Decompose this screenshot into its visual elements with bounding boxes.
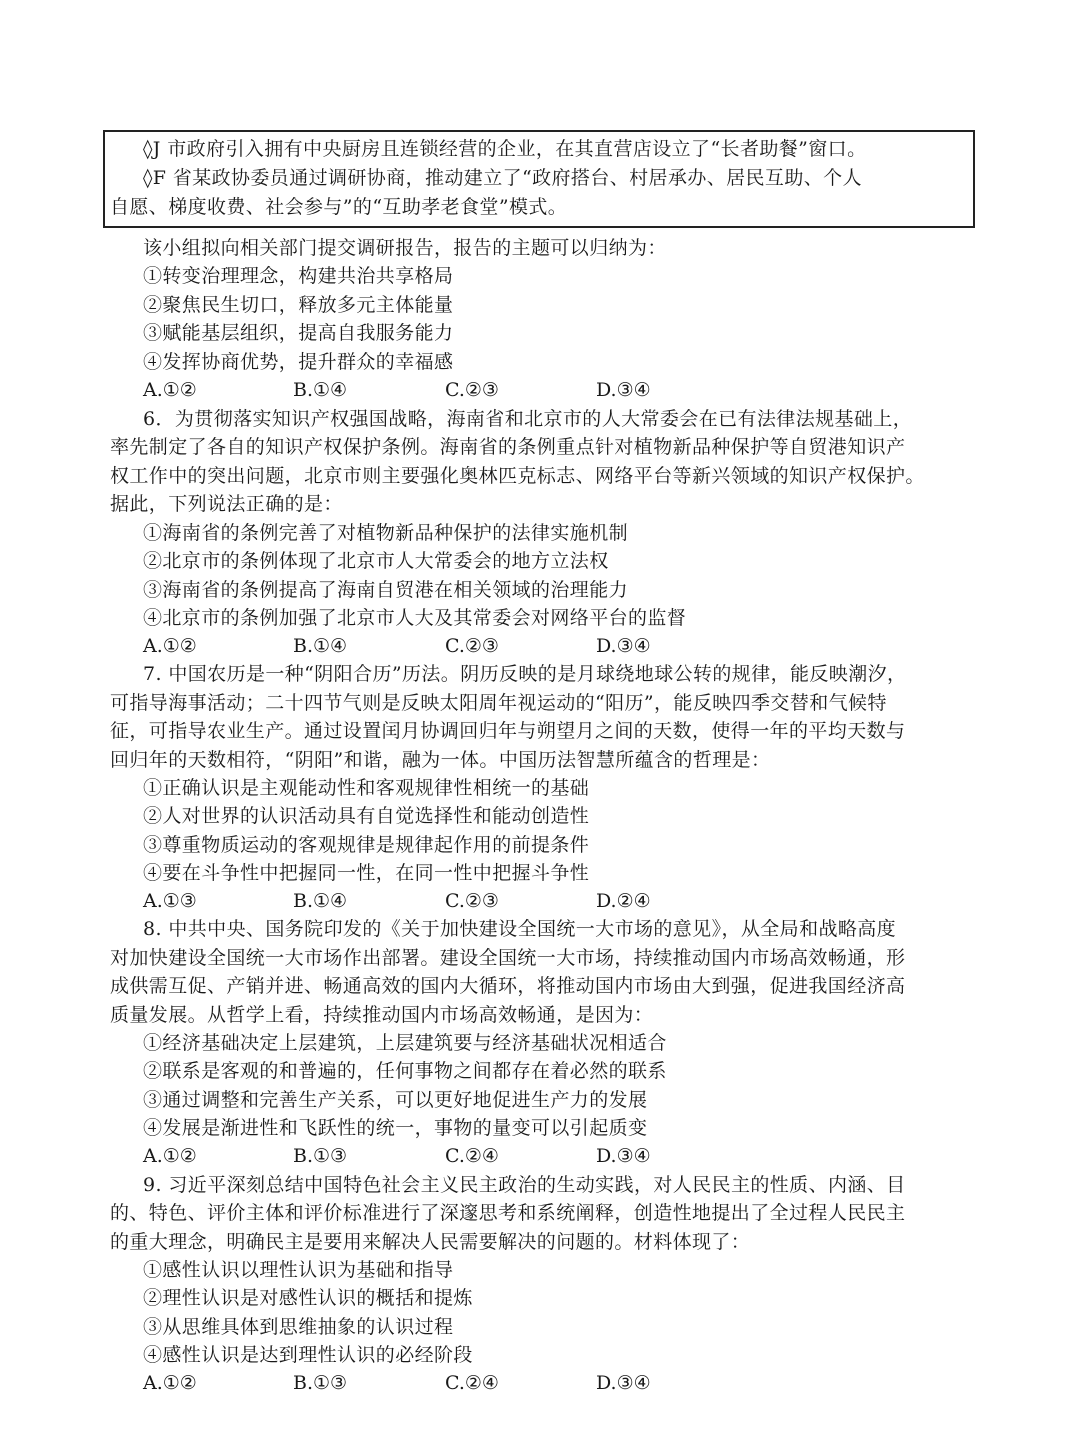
- choice-b[interactable]: B.①④: [293, 376, 347, 404]
- choice-d[interactable]: D.②④: [596, 887, 651, 915]
- question-6-stem: 权工作中的突出问题，北京市则主要强化奥林匹克标志、网络平台等新兴领域的知识产权保…: [110, 462, 925, 490]
- question-8-statement: ②联系是客观的和普遍的，任何事物之间都存在着必然的联系: [143, 1057, 667, 1085]
- question-6-statement: ①海南省的条例完善了对植物新品种保护的法律实施机制: [143, 519, 628, 547]
- material-line: 自愿、梯度收费、社会参与”的“互助孝老食堂”模式。: [110, 193, 567, 221]
- question-8-stem: 质量发展。从哲学上看，持续推动国内市场高效畅通，是因为：: [110, 1001, 653, 1029]
- choice-c[interactable]: C.②③: [445, 376, 499, 404]
- choice-b[interactable]: B.①③: [293, 1142, 347, 1170]
- choice-a[interactable]: A.①②: [143, 1142, 197, 1170]
- question-7-stem: 征，可指导农业生产。通过设置闰月协调回归年与朔望月之间的天数，使得一年的平均天数…: [110, 717, 905, 745]
- question-6-statement: ②北京市的条例体现了北京市人大常委会的地方立法权: [143, 547, 609, 575]
- question-8-stem: 8. 中共中央、国务院印发的《关于加快建设全国统一大市场的意见》，从全局和战略高…: [143, 915, 896, 943]
- question-6-stem: 率先制定了各自的知识产权保护条例。海南省的条例重点针对植物新品种保护等自贸港知识…: [110, 433, 905, 461]
- question-9-statement: ③从思维具体到思维抽象的认识过程: [143, 1313, 453, 1341]
- question-5-statement: ①转变治理理念，构建共治共享格局: [143, 262, 453, 290]
- question-9-statement: ④感性认识是达到理性认识的必经阶段: [143, 1341, 473, 1369]
- choice-d[interactable]: D.③④: [596, 1142, 651, 1170]
- question-7-statement: ③尊重物质运动的客观规律是规律起作用的前提条件: [143, 831, 589, 859]
- choice-d[interactable]: D.③④: [596, 632, 651, 660]
- choice-c[interactable]: C.②④: [445, 1369, 499, 1397]
- question-8-statement: ①经济基础决定上层建筑，上层建筑要与经济基础状况相适合: [143, 1029, 667, 1057]
- choice-c[interactable]: C.②③: [445, 632, 499, 660]
- choice-d[interactable]: D.③④: [596, 1369, 651, 1397]
- choice-b[interactable]: B.①④: [293, 632, 347, 660]
- question-9-statement: ①感性认识以理性认识为基础和指导: [143, 1256, 453, 1284]
- question-7-statement: ②人对世界的认识活动具有自觉选择性和能动创造性: [143, 802, 589, 830]
- choice-c[interactable]: C.②③: [445, 887, 499, 915]
- choice-d[interactable]: D.③④: [596, 376, 651, 404]
- question-7-statement: ④要在斗争性中把握同一性，在同一性中把握斗争性: [143, 859, 589, 887]
- question-8-stem: 成供需互促、产销并进、畅通高效的国内大循环，将推动国内市场由大到强，促进我国经济…: [110, 972, 905, 1000]
- question-7-statement: ①正确认识是主观能动性和客观规律性相统一的基础: [143, 774, 589, 802]
- question-7-stem: 回归年的天数相符，“阴阳”和谐，融为一体。中国历法智慧所蕴含的哲理是：: [110, 746, 770, 774]
- material-line: ◊J 市政府引入拥有中央厨房且连锁经营的企业，在其直营店设立了“长者助餐”窗口。: [143, 135, 866, 163]
- question-9-stem: 9. 习近平深刻总结中国特色社会主义民主政治的生动实践，对人民民主的性质、内涵、…: [143, 1171, 906, 1199]
- question-8-statement: ③通过调整和完善生产关系，可以更好地促进生产力的发展: [143, 1086, 647, 1114]
- question-5-stem: 该小组拟向相关部门提交调研报告，报告的主题可以归纳为：: [143, 234, 667, 262]
- choice-c[interactable]: C.②④: [445, 1142, 499, 1170]
- choice-a[interactable]: A.①②: [143, 376, 197, 404]
- question-8-statement: ④发展是渐进性和飞跃性的统一，事物的量变可以引起质变: [143, 1114, 647, 1142]
- question-6-stem: 6．为贯彻落实知识产权强国战略，海南省和北京市的人大常委会在已有法律法规基础上，: [143, 405, 912, 433]
- question-9-stem: 的重大理念，明确民主是要用来解决人民需要解决的问题的。材料体现了：: [110, 1228, 750, 1256]
- choice-a[interactable]: A.①③: [143, 887, 197, 915]
- choice-a[interactable]: A.①②: [143, 1369, 197, 1397]
- question-5-statement: ④发挥协商优势，提升群众的幸福感: [143, 348, 453, 376]
- question-5-statement: ③赋能基层组织，提高自我服务能力: [143, 319, 453, 347]
- choice-a[interactable]: A.①②: [143, 632, 197, 660]
- question-7-stem: 7. 中国农历是一种“阴阳合历”历法。阴历反映的是月球绕地球公转的规律，能反映潮…: [143, 660, 906, 688]
- exam-page: ◊J 市政府引入拥有中央厨房且连锁经营的企业，在其直营店设立了“长者助餐”窗口。…: [0, 0, 1080, 1442]
- choice-b[interactable]: B.①③: [293, 1369, 347, 1397]
- question-6-statement: ④北京市的条例加强了北京市人大及其常委会对网络平台的监督: [143, 604, 686, 632]
- question-9-statement: ②理性认识是对感性认识的概括和提炼: [143, 1284, 473, 1312]
- question-9-stem: 的、特色、评价主体和评价标准进行了深邃思考和系统阐释，创造性地提出了全过程人民民…: [110, 1199, 905, 1227]
- choice-b[interactable]: B.①④: [293, 887, 347, 915]
- question-6-stem: 据此，下列说法正确的是：: [110, 490, 343, 518]
- question-5-statement: ②聚焦民生切口，释放多元主体能量: [143, 291, 453, 319]
- question-6-statement: ③海南省的条例提高了海南自贸港在相关领域的治理能力: [143, 576, 628, 604]
- material-line: ◊F 省某政协委员通过调研协商，推动建立了“政府搭台、村居承办、居民互助、个人: [143, 164, 862, 192]
- question-7-stem: 可指导海事活动；二十四节气则是反映太阳周年视运动的“阳历”，能反映四季交替和气候…: [110, 689, 887, 717]
- question-8-stem: 对加快建设全国统一大市场作出部署。建设全国统一大市场，持续推动国内市场高效畅通，…: [110, 944, 905, 972]
